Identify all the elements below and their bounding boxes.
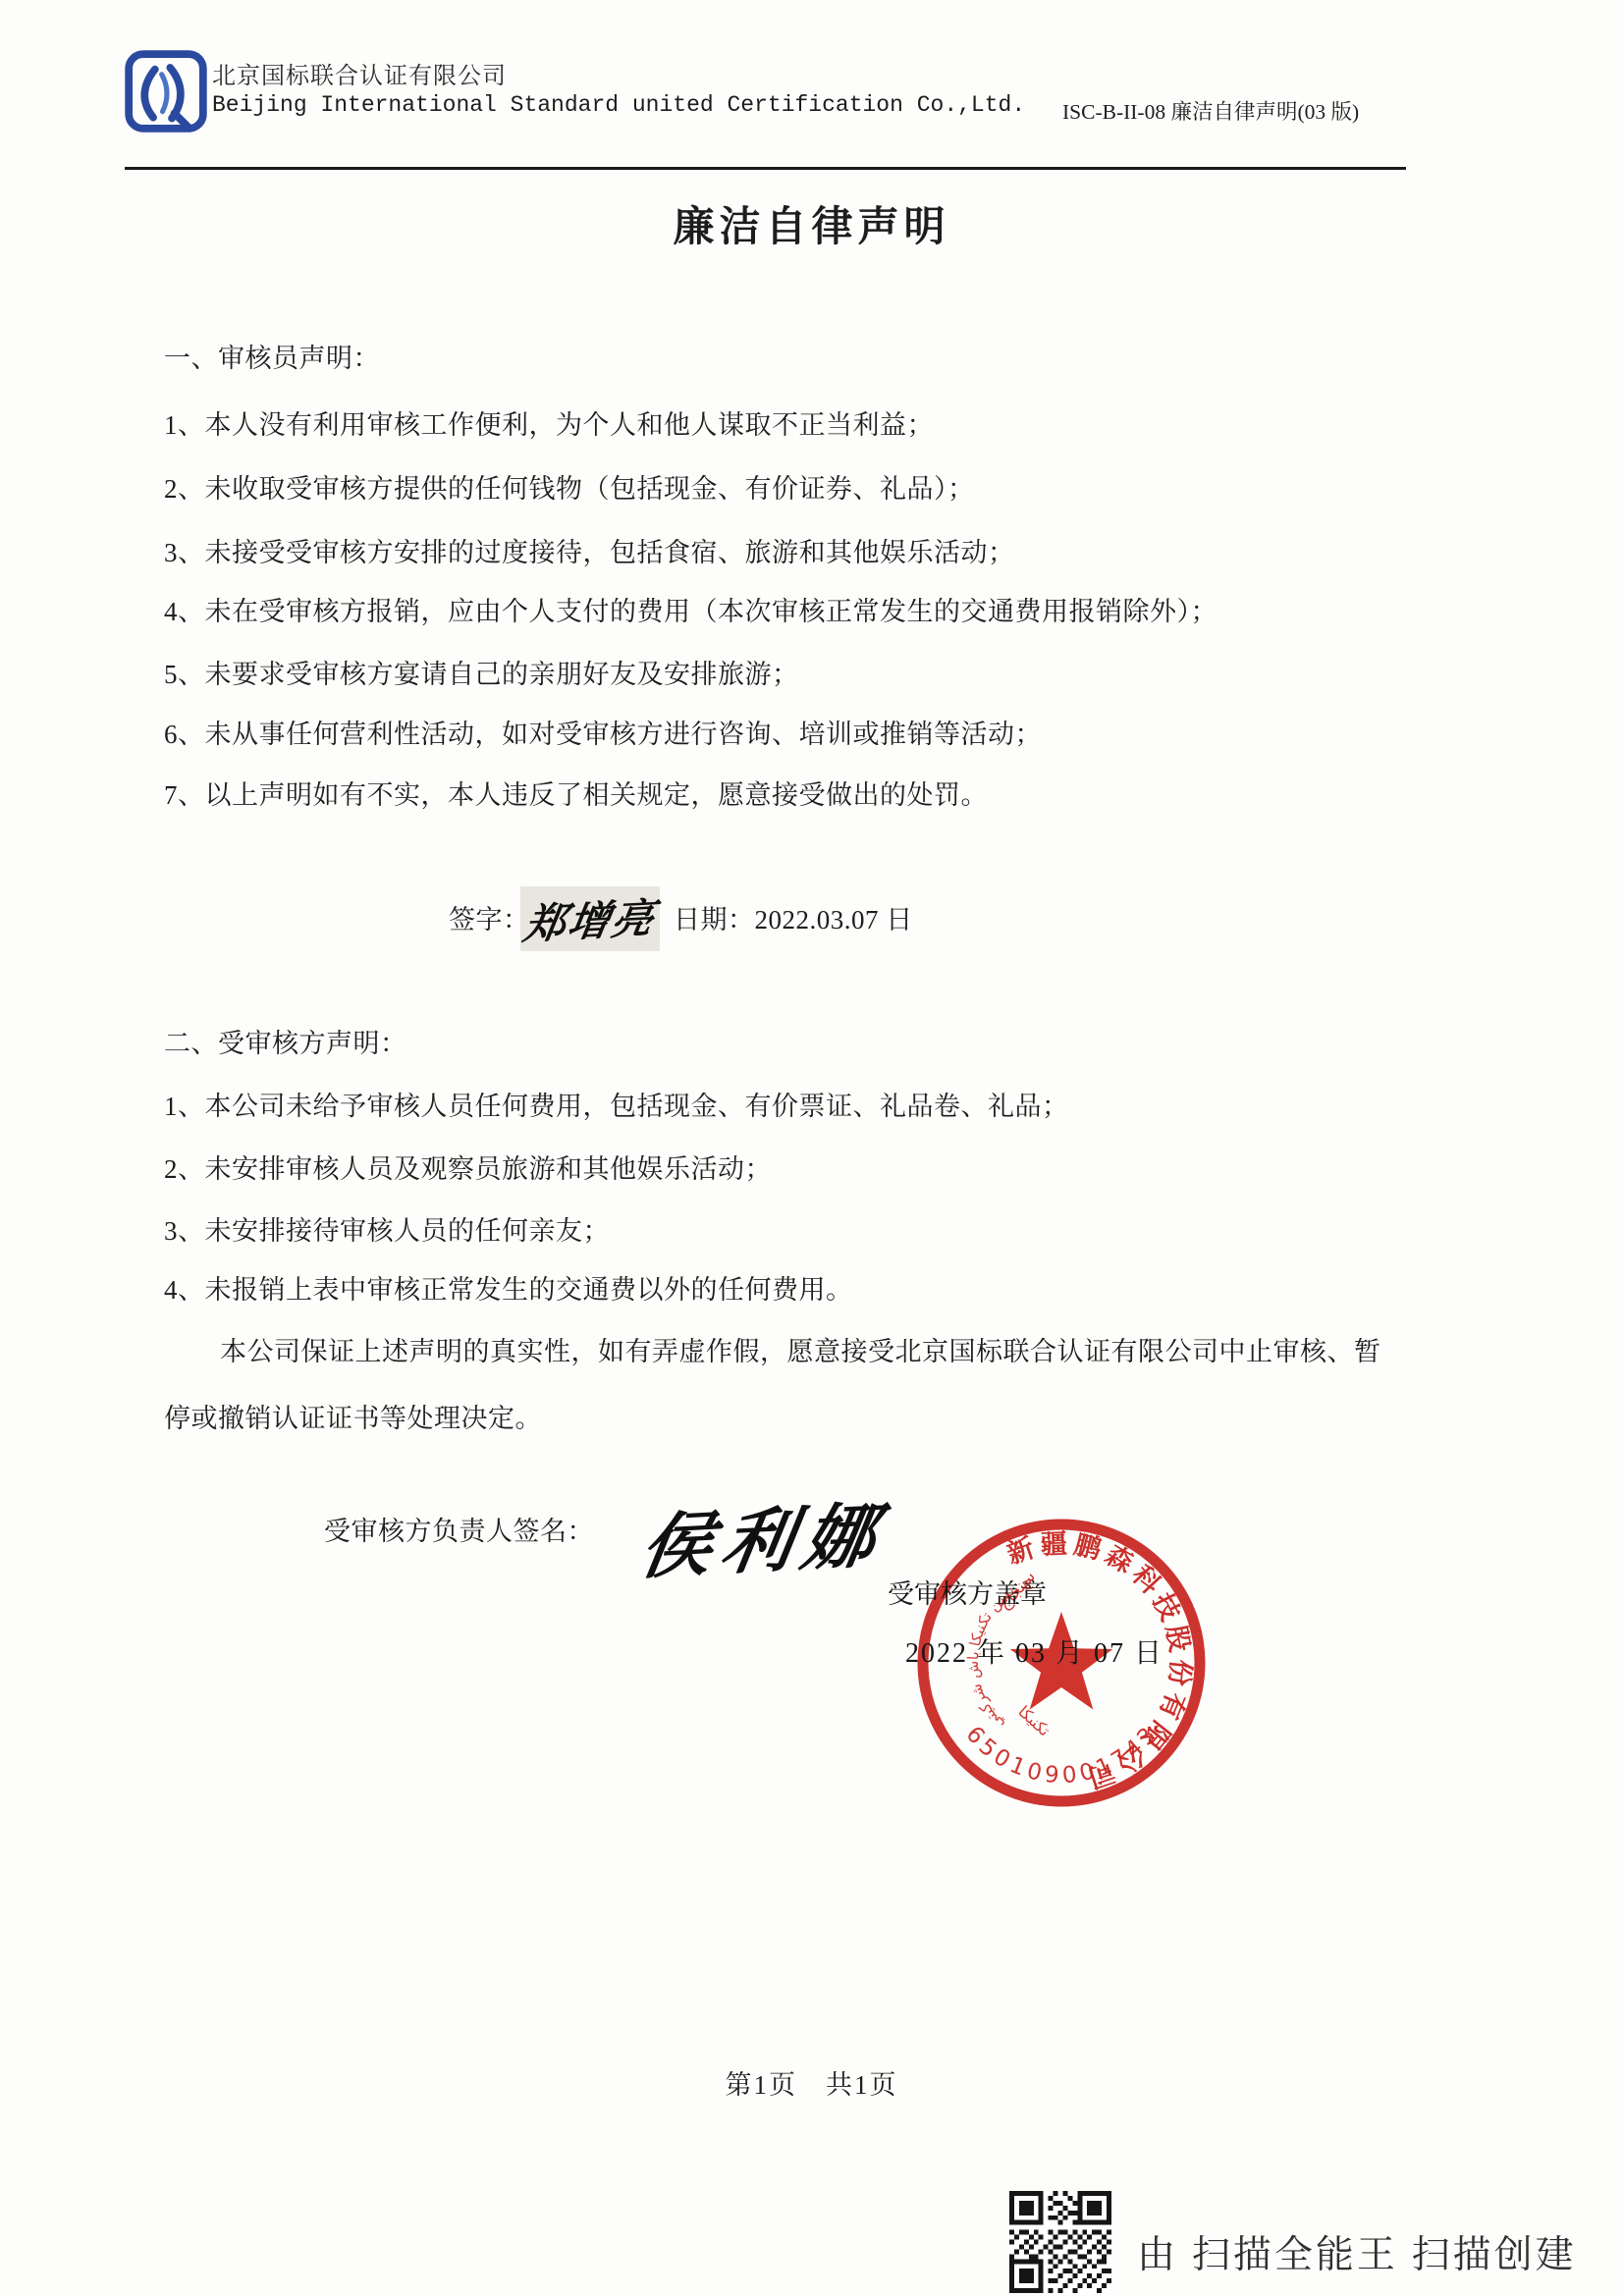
section1-heading: 一、审核员声明： — [164, 344, 380, 374]
declaration-item: 2、未收取受审核方提供的任何钱物（包括现金、有价证券、礼品）； — [164, 474, 975, 505]
auditor-signature: 郑增亮 — [520, 886, 661, 952]
page-number: 第1页 共1页 — [0, 2063, 1623, 2102]
stamp-date: 2022 年 03 月 07 日 — [905, 1631, 1163, 1671]
declaration-item: 3、未接受受审核方安排的过度接待，包括食宿、旅游和其他娱乐活动； — [164, 538, 1015, 568]
declaration-item: 7、以上声明如有不实，本人违反了相关规定，愿意接受做出的处罚。 — [164, 780, 988, 811]
scanned-document-page: 北京国标联合认证有限公司 Beijing International Stand… — [0, 0, 1623, 2296]
section2-heading: 二、受审核方声明： — [164, 1029, 407, 1059]
declaration-item: 6、未从事任何营利性活动，如对受审核方进行咨询、培训或推销等活动； — [164, 720, 1042, 750]
certification-logo-icon — [124, 49, 208, 133]
stamp-caption: 受审核方盖章 — [888, 1573, 1047, 1611]
declaration-item: 1、本人没有利用审核工作便利，为个人和他人谋取不正当利益； — [164, 410, 934, 441]
qr-code — [1009, 2191, 1111, 2293]
declaration-item: 1、本公司未给予审核人员任何费用，包括现金、有价票证、礼品卷、礼品； — [164, 1092, 1069, 1122]
auditee-signature: 侯利娜 — [633, 1478, 893, 1593]
sign-date: 日期：2022.03.07 日 — [674, 905, 913, 935]
auditee-sign-label: 受审核方负责人签名： — [324, 1517, 594, 1547]
guarantee-paragraph-line1: 本公司保证上述声明的真实性，如有弄虚作假，愿意接受北京国标联合认证有限公司中止审… — [220, 1337, 1381, 1367]
auditor-signature-patch: 郑增亮 — [520, 886, 660, 951]
guarantee-paragraph-line2: 停或撤销认证证书等处理决定。 — [164, 1404, 542, 1434]
header-divider — [125, 167, 1406, 170]
company-name-en: Beijing International Standard united Ce… — [212, 92, 1025, 118]
seal-uyghur-inner-text: تكنيكا — [1014, 1702, 1054, 1740]
page-title: 廉洁自律声明 — [0, 194, 1623, 253]
declaration-item: 5、未要求受审核方宴请自己的亲朋好友及安排旅游； — [164, 660, 799, 690]
company-name-cn: 北京国标联合认证有限公司 — [212, 56, 507, 90]
sign-label: 签字： — [449, 905, 530, 935]
scanner-credit-text: 由 扫描全能王 扫描创建 — [1137, 2224, 1577, 2279]
declaration-item: 4、未在受审核方报销，应由个人支付的费用（本次审核正常发生的交通费用报销除外）； — [164, 597, 1217, 627]
document-code: ISC-B-II-08 廉洁自律声明(03 版) — [1062, 95, 1359, 126]
declaration-item: 4、未报销上表中审核正常发生的交通费以外的任何费用。 — [164, 1275, 853, 1306]
declaration-item: 2、未安排审核人员及观察员旅游和其他娱乐活动； — [164, 1154, 772, 1185]
declaration-item: 3、未安排接待审核人员的任何亲友； — [164, 1216, 610, 1247]
